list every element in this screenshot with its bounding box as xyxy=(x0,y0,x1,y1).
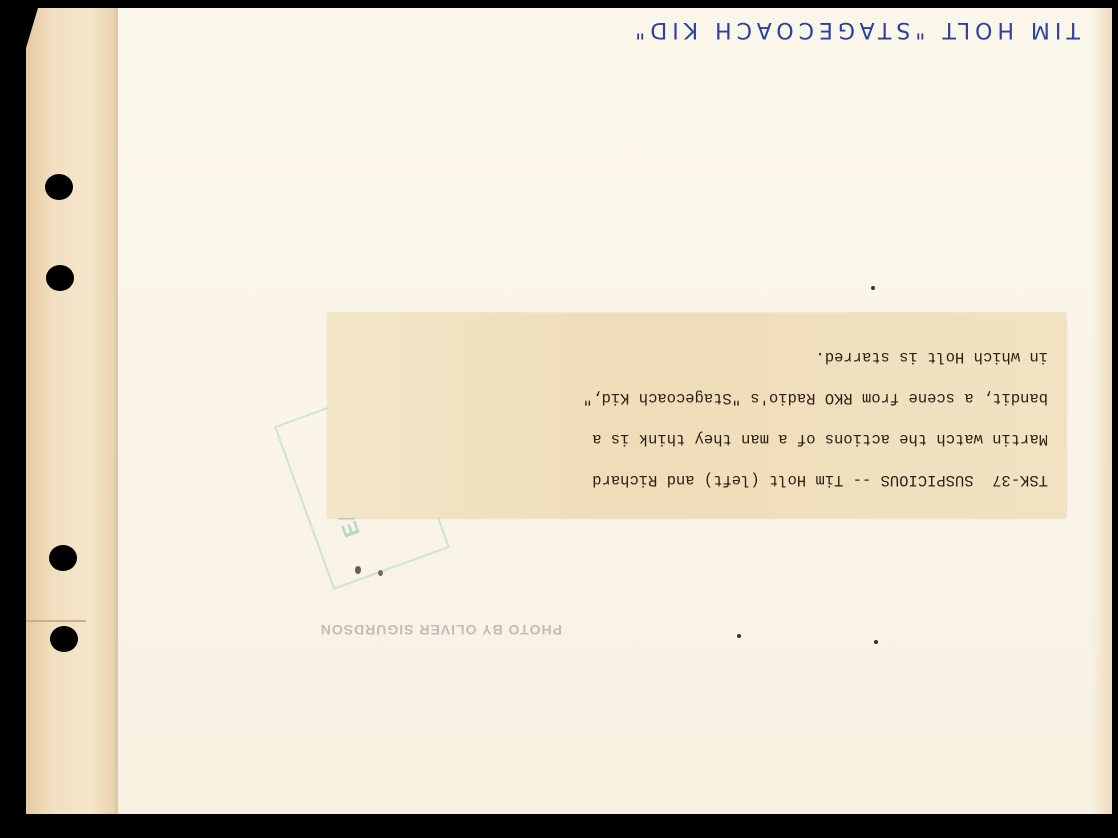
smudge xyxy=(378,570,383,576)
caption-text: TSK-37 SUSPICIOUS -- Tim Holt (left) and… xyxy=(348,335,1048,500)
punch-hole-icon xyxy=(46,265,74,291)
caption-line: in which Holt is starred. xyxy=(348,336,1048,377)
binding-strip xyxy=(26,8,118,814)
caption-line: TSK-37 SUSPICIOUS -- Tim Holt (left) and… xyxy=(348,459,1048,500)
smudge xyxy=(355,566,361,574)
punch-hole-icon xyxy=(49,545,77,571)
punch-hole-icon xyxy=(45,174,73,200)
speck xyxy=(737,634,741,638)
speck xyxy=(874,640,878,644)
caption-line: bandit, a scene from RKO Radio's "Stagec… xyxy=(348,377,1048,418)
binding-tear xyxy=(26,620,86,622)
speck xyxy=(871,286,875,290)
photo-credit-stamp: PHOTO BY OLIVER SIGURDSON xyxy=(262,612,562,638)
right-edge-aging xyxy=(1090,8,1112,814)
caption-line: Martin watch the actions of a man they t… xyxy=(348,418,1048,459)
punch-hole-icon xyxy=(50,626,78,652)
torn-corner xyxy=(26,8,38,48)
caption-label: TSK-37 SUSPICIOUS -- Tim Holt (left) and… xyxy=(328,313,1066,518)
handwritten-title: TIM HOLT "STAGECOACH KID" xyxy=(620,12,1090,42)
